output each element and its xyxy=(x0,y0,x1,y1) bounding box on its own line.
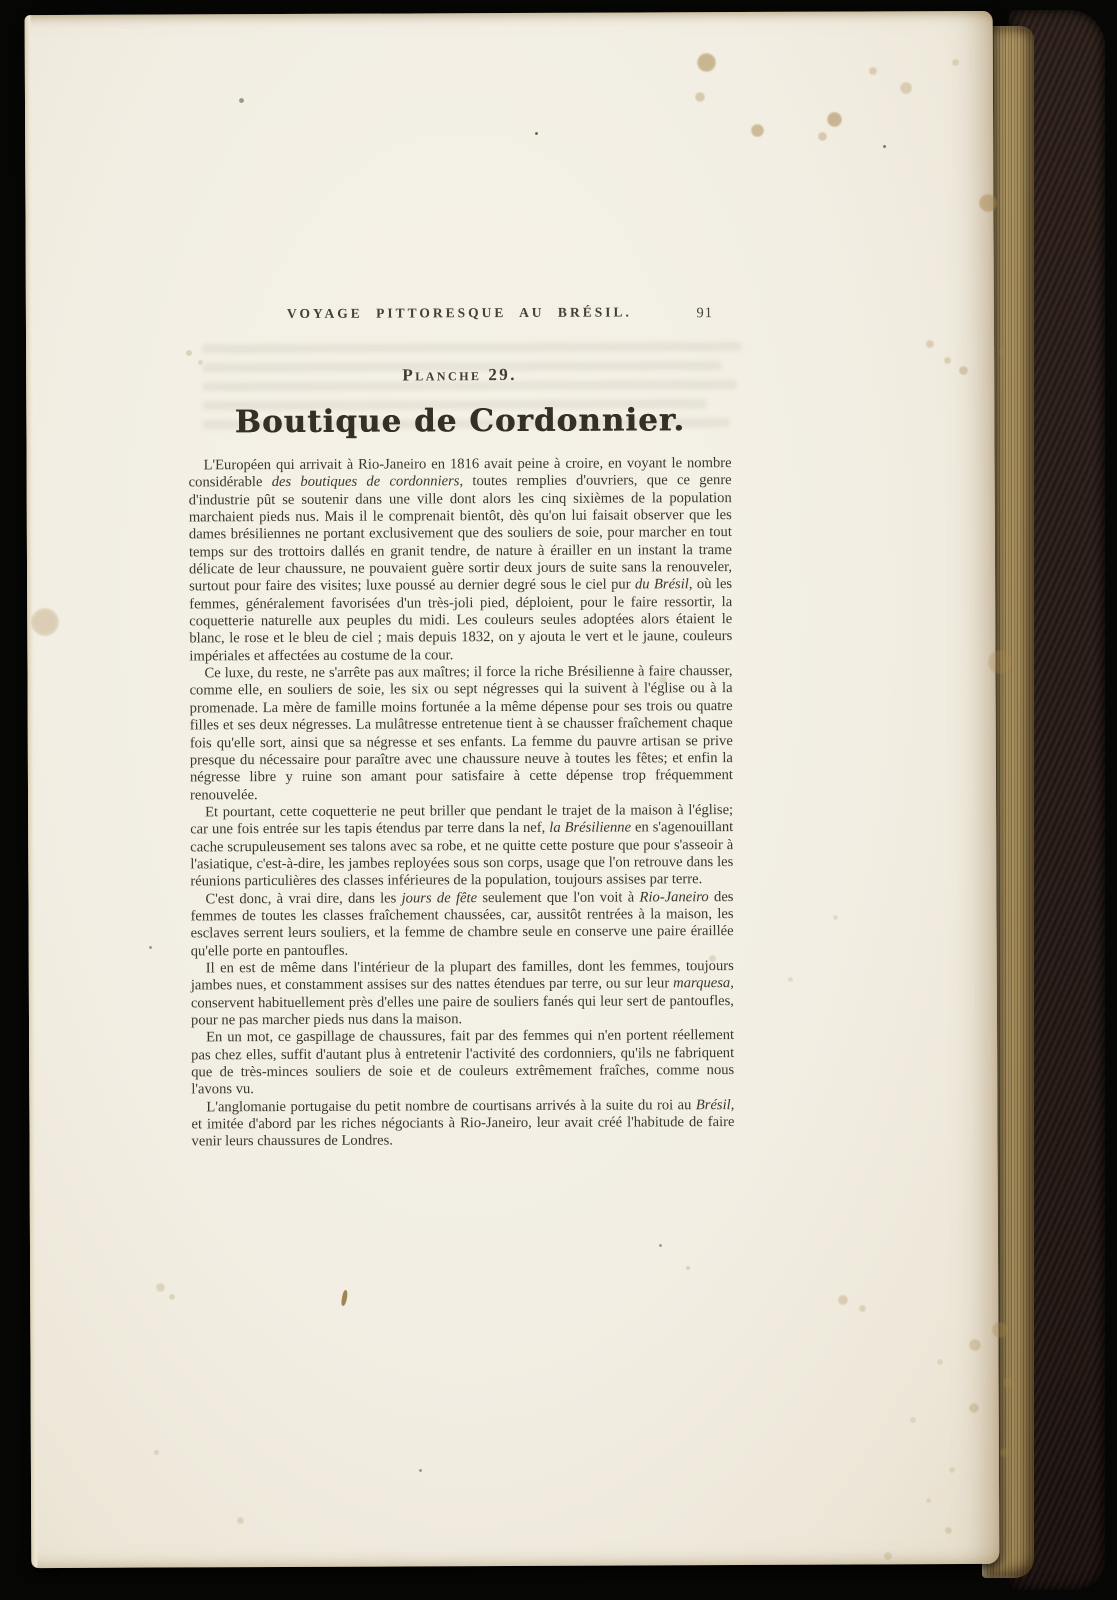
book-photo-canvas: VOYAGE PITTORESQUE AU BRÉSIL. 91 Planche… xyxy=(0,0,1117,1600)
text-run: Il en est de même dans l'intérieur de la… xyxy=(191,958,734,994)
book-page: VOYAGE PITTORESQUE AU BRÉSIL. 91 Planche… xyxy=(25,11,1000,1568)
italic-phrase: du Brésil xyxy=(635,577,689,593)
paragraph: Et pourtant, cette coquetterie ne peut b… xyxy=(190,802,733,891)
paragraph: L'anglomanie portugaise du petit nombre … xyxy=(191,1097,734,1151)
italic-phrase: Rio-Janeiro xyxy=(639,889,708,905)
paragraph: C'est donc, à vrai dire, dans les jours … xyxy=(190,889,733,961)
document-title: Boutique de Cordonnier. xyxy=(188,402,731,440)
showthrough-line xyxy=(202,342,742,353)
italic-phrase: des boutiques de cordonniers xyxy=(272,474,460,491)
text-run: En un mot, ce gaspillage de chaussures, … xyxy=(191,1027,734,1097)
text-run: Ce luxe, du reste, ne s'arrête pas aux m… xyxy=(190,663,733,803)
plate-label: Planche 29. xyxy=(188,364,731,386)
italic-phrase: Brésil xyxy=(696,1097,731,1113)
running-header: VOYAGE PITTORESQUE AU BRÉSIL. xyxy=(188,304,731,322)
paragraph: L'Européen qui arrivait à Rio-Janeiro en… xyxy=(189,455,733,665)
text-column: VOYAGE PITTORESQUE AU BRÉSIL. 91 Planche… xyxy=(187,12,730,14)
text-run: L'anglomanie portugaise du petit nombre … xyxy=(206,1097,696,1115)
paragraph: Ce luxe, du reste, ne s'arrête pas aux m… xyxy=(189,663,733,804)
paragraph: En un mot, ce gaspillage de chaussures, … xyxy=(191,1027,734,1099)
italic-phrase: jours de fête xyxy=(402,890,478,906)
paragraph: Il en est de même dans l'intérieur de la… xyxy=(191,958,734,1030)
text-run: C'est donc, à vrai dire, dans les xyxy=(205,890,401,907)
italic-phrase: la Brésilienne xyxy=(549,820,631,836)
body-text: L'Européen qui arrivait à Rio-Janeiro en… xyxy=(189,455,735,1151)
page-number: 91 xyxy=(696,305,713,322)
text-run: seulement que l'on voit à xyxy=(477,889,640,906)
italic-phrase: marquesa xyxy=(673,975,730,991)
